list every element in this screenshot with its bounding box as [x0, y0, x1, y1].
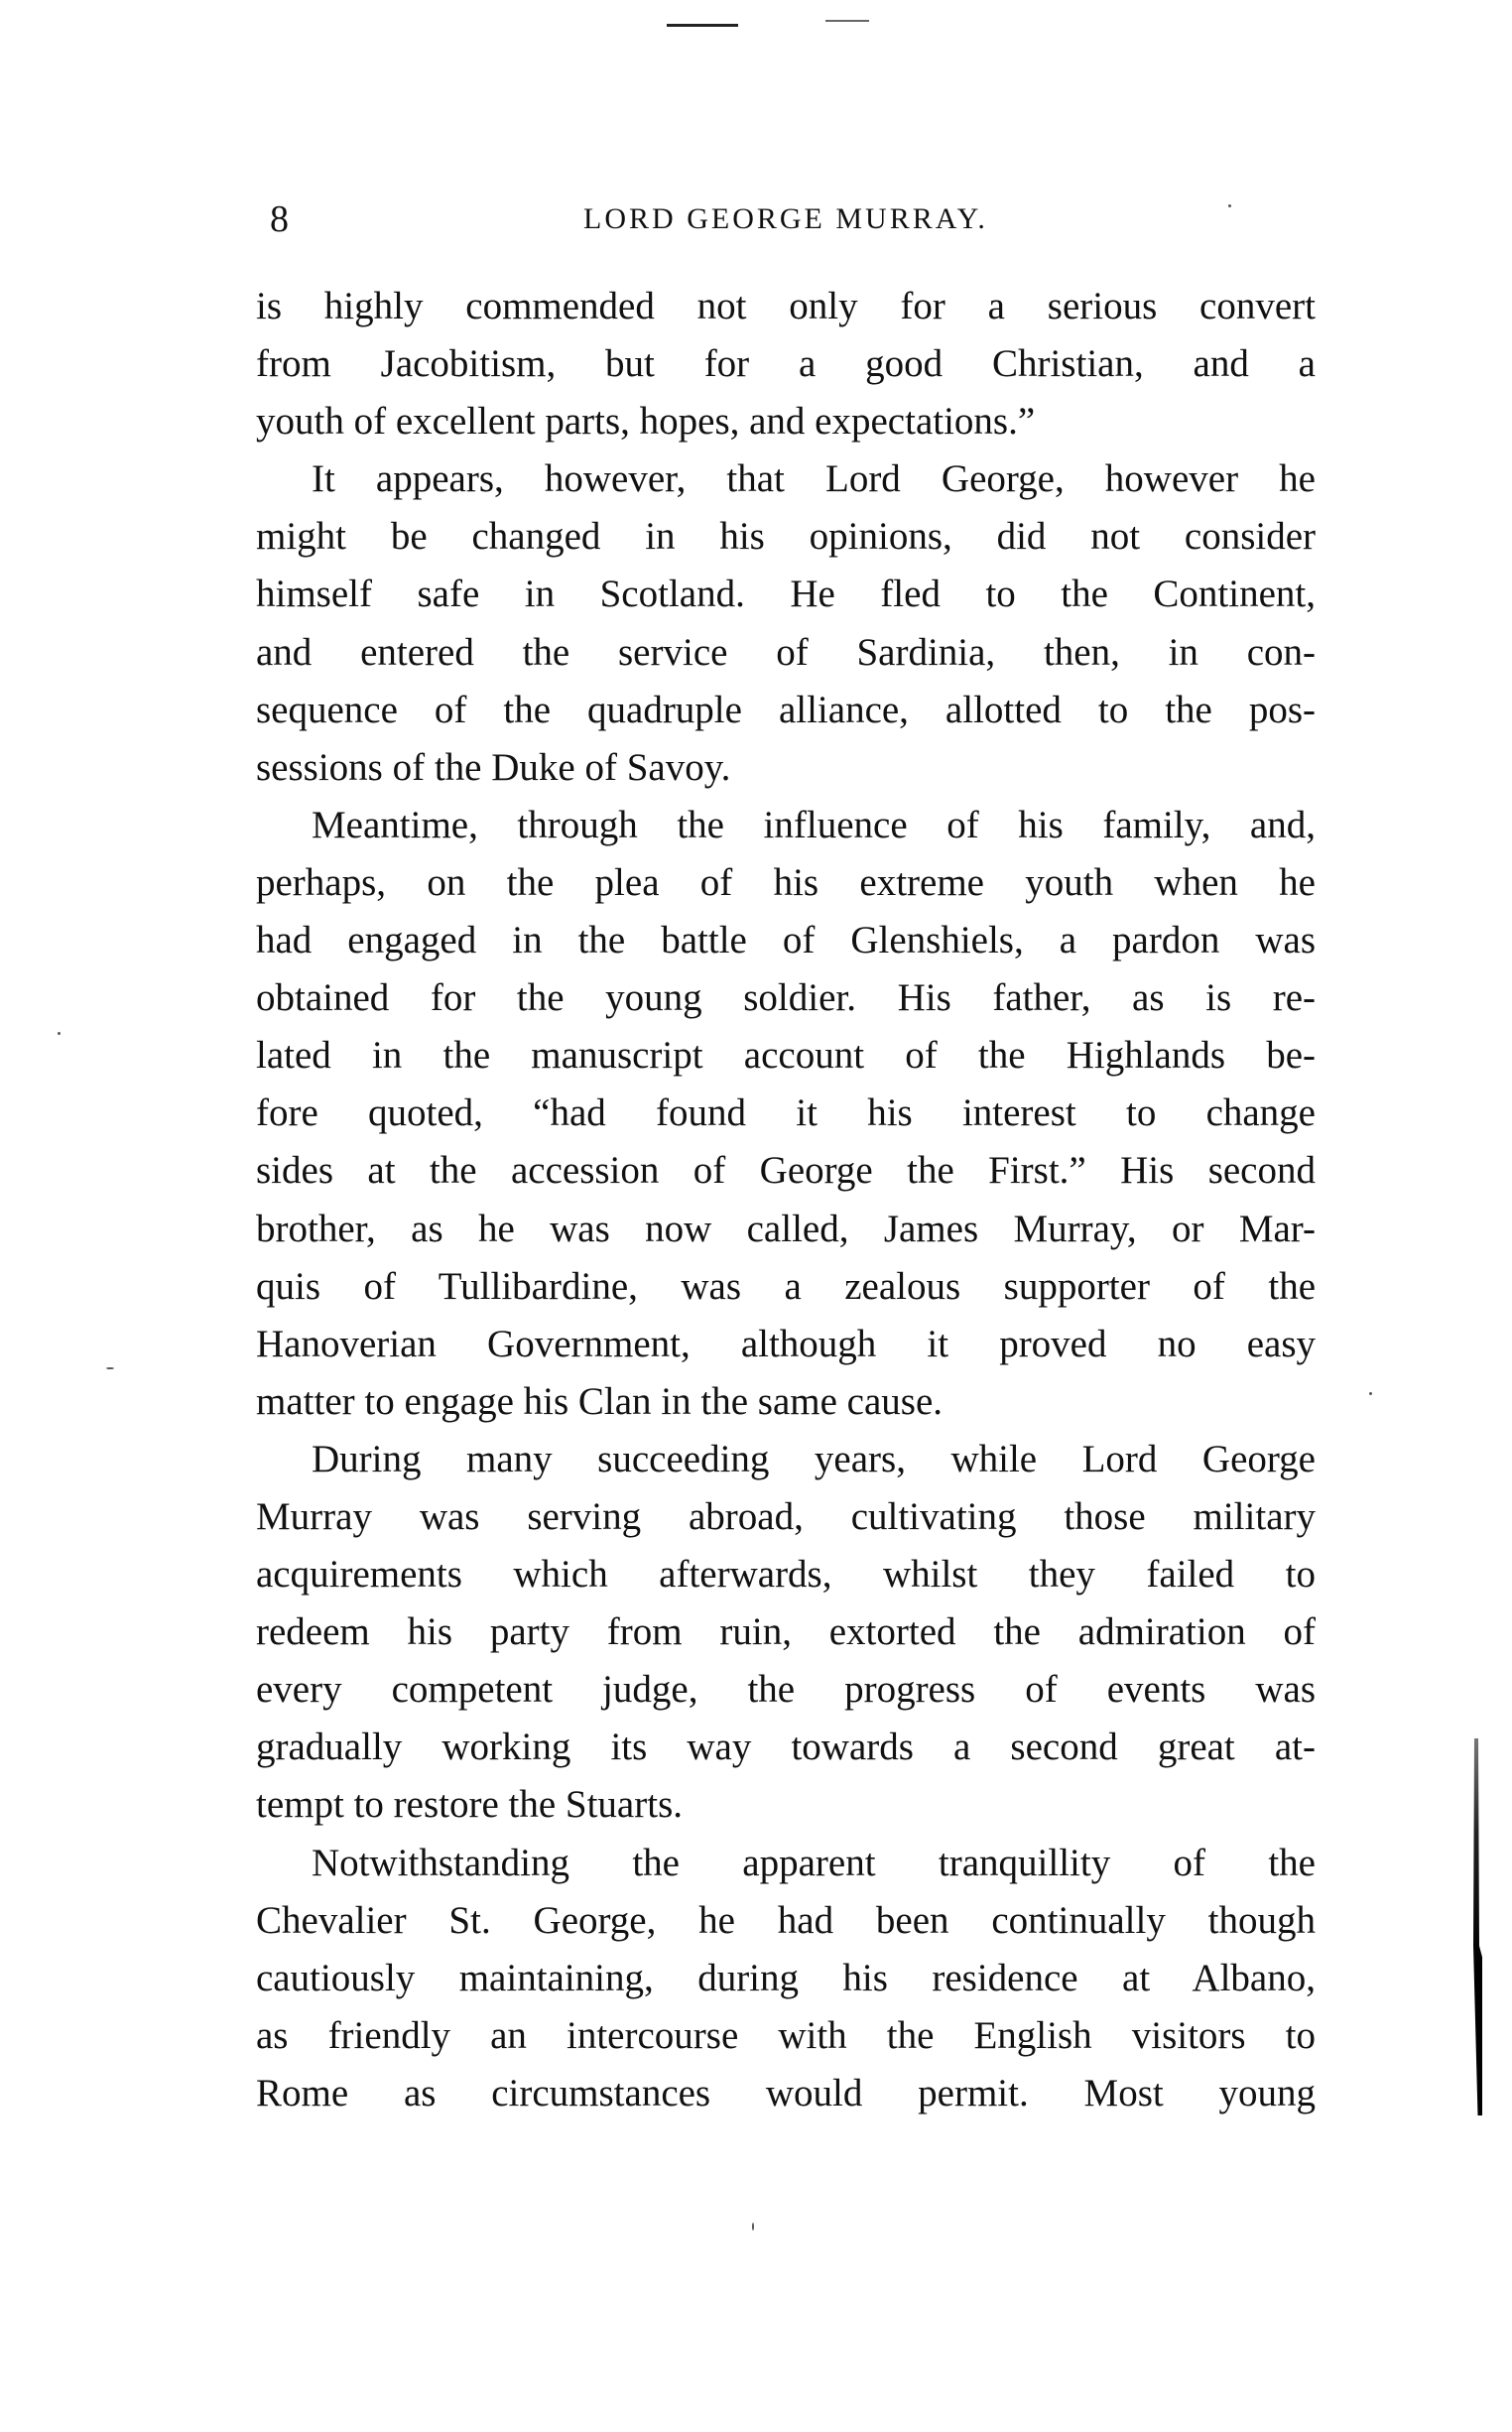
text-line: acquirements which afterwards, whilst th… — [256, 1546, 1316, 1603]
text-line: gradually working its way towards a seco… — [256, 1719, 1316, 1776]
scan-speck — [752, 2223, 754, 2231]
text-line: obtained for the young soldier. His fath… — [256, 969, 1316, 1027]
paragraph-start: Notwithstanding the apparent tranquillit… — [256, 1835, 1316, 1892]
text-line: Rome as circumstances would permit. Most… — [256, 2065, 1316, 2122]
scan-speck — [1228, 204, 1231, 207]
scan-speck — [106, 1367, 114, 1369]
scan-artifact-top-left — [667, 24, 738, 27]
text-line: tempt to restore the Stuarts. — [256, 1776, 1316, 1834]
text-line: sides at the accession of George the Fir… — [256, 1142, 1316, 1200]
text-line: cautiously maintaining, during his resid… — [256, 1950, 1316, 2007]
paragraph-start: During many succeeding years, while Lord… — [256, 1431, 1316, 1488]
scan-artifact-top-right — [825, 20, 869, 22]
text-line: sequence of the quadruple alliance, allo… — [256, 682, 1316, 739]
text-line: and entered the service of Sardinia, the… — [256, 624, 1316, 682]
text-line: as friendly an intercourse with the Engl… — [256, 2007, 1316, 2065]
scan-speck — [1369, 1392, 1372, 1395]
text-line: brother, as he was now called, James Mur… — [256, 1201, 1316, 1258]
running-head: 8 LORD GEORGE MURRAY. — [256, 194, 1316, 244]
text-line: had engaged in the battle of Glenshiels,… — [256, 912, 1316, 969]
scan-margin-shadow — [1472, 1738, 1482, 2115]
paragraph-start: It appears, however, that Lord George, h… — [256, 450, 1316, 508]
text-line: youth of excellent parts, hopes, and exp… — [256, 393, 1316, 450]
text-line: redeem his party from ruin, extorted the… — [256, 1603, 1316, 1661]
text-line: might be changed in his opinions, did no… — [256, 508, 1316, 566]
text-line: fore quoted, “had found it his interest … — [256, 1085, 1316, 1142]
text-line: lated in the manuscript account of the H… — [256, 1027, 1316, 1085]
text-line: Chevalier St. George, he had been contin… — [256, 1892, 1316, 1950]
text-line: sessions of the Duke of Savoy. — [256, 739, 1316, 797]
text-line: from Jacobitism, but for a good Christia… — [256, 335, 1316, 393]
text-line: perhaps, on the plea of his extreme yout… — [256, 854, 1316, 912]
paragraph-start: Meantime, through the influence of his f… — [256, 797, 1316, 854]
text-line: matter to engage his Clan in the same ca… — [256, 1373, 1316, 1431]
text-line: is highly commended not only for a serio… — [256, 278, 1316, 335]
text-line: himself safe in Scotland. He fled to the… — [256, 566, 1316, 623]
body-text: is highly commended not only for a serio… — [256, 278, 1316, 2122]
text-line: every competent judge, the progress of e… — [256, 1661, 1316, 1719]
text-line: Hanoverian Government, although it prove… — [256, 1316, 1316, 1373]
text-line: Murray was serving abroad, cultivating t… — [256, 1488, 1316, 1546]
text-line: quis of Tullibardine, was a zealous supp… — [256, 1258, 1316, 1316]
running-head-title: LORD GEORGE MURRAY. — [256, 194, 1316, 244]
scan-speck — [58, 1032, 61, 1035]
